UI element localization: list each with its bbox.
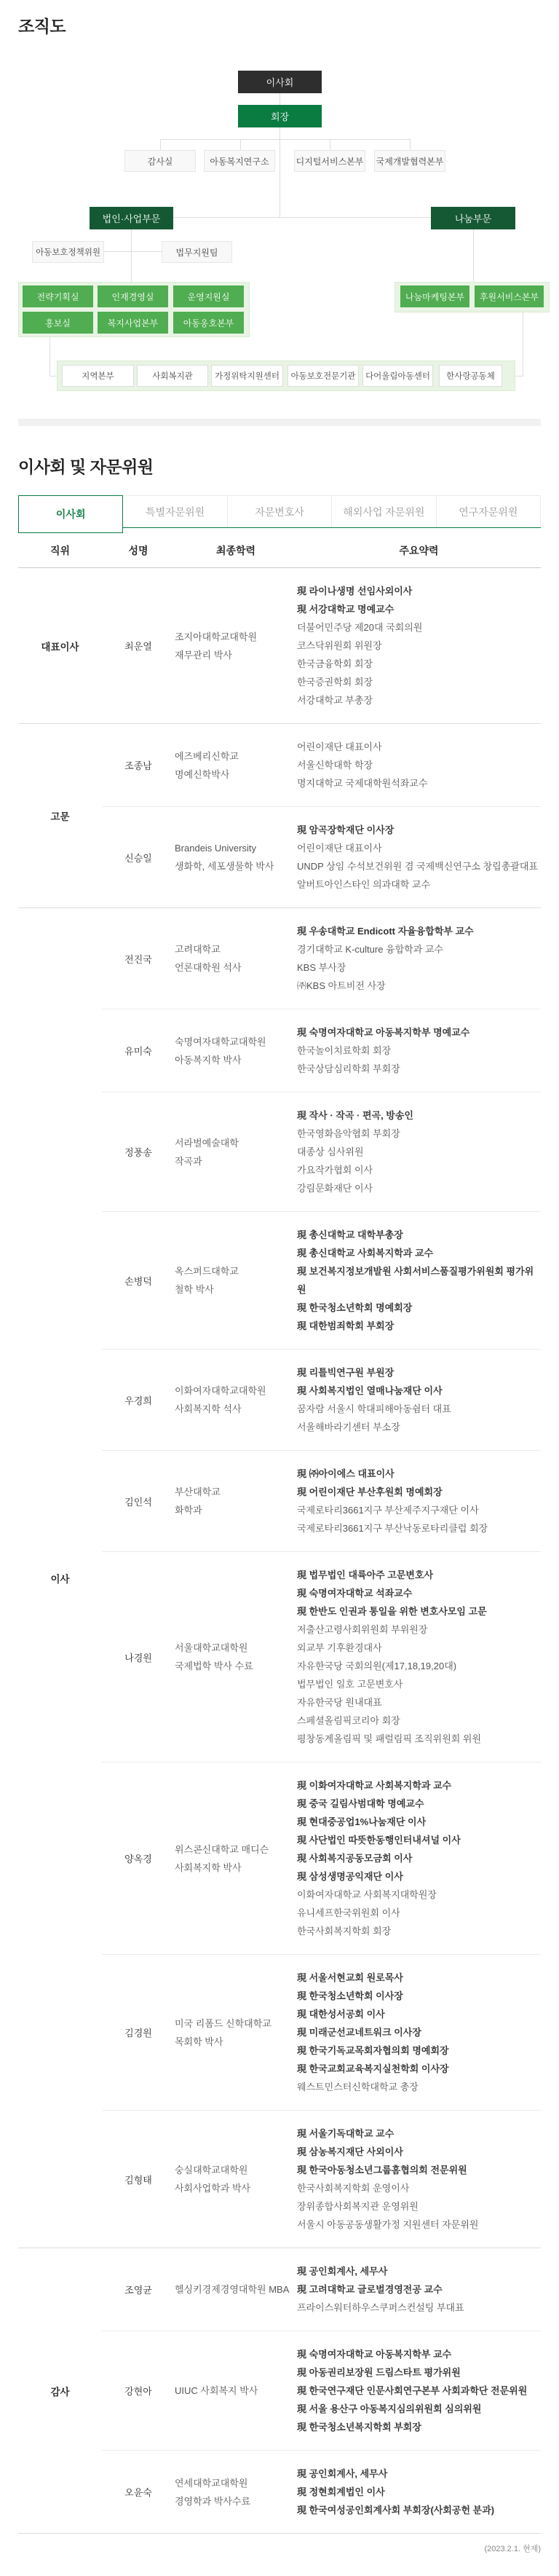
- member-row: 우경희이화여자대학교대학원사회복지학 석사現 리틀빅연구원 부원장現 사회복지법…: [102, 1349, 541, 1450]
- org-node-board: 이사회: [238, 71, 322, 93]
- member-education: 미국 리폼드 신학대학교목회학 박사: [175, 2014, 297, 2051]
- member-education: 연세대학교대학원경영학과 박사수료: [175, 2474, 297, 2510]
- org-node-staff: 감사실: [124, 150, 196, 172]
- position-group: 이사전진국고려대학교언론대학원 석사現 우송대학교 Endicott 자율융합학…: [18, 907, 541, 2248]
- org-node-staff: 아동복지연구소: [204, 150, 275, 172]
- member-career: 現 공인회계사, 세무사現 고려대학교 글로벌경영전공 교수프라이스워터하우스쿠…: [297, 2262, 541, 2317]
- position-group: 고문조종남에즈베리신학교명예신학박사어린이재단 대표이사서울신학대학 학장명지대…: [18, 723, 541, 907]
- member-name: 조종남: [102, 758, 175, 772]
- member-name: 나경원: [102, 1650, 175, 1664]
- member-name: 오윤숙: [102, 2485, 175, 2499]
- org-node-unit: 인재경영실: [98, 285, 168, 307]
- tab-active[interactable]: 이사회: [18, 495, 123, 533]
- org-node-unit: 복지사업본부: [98, 312, 168, 334]
- member-education: 서울대학교대학원국제법학 박사 수료: [175, 1639, 297, 1675]
- as-of-date: (2023.2.1. 현재): [18, 2542, 541, 2554]
- member-row: 조영균헬싱키경제경영대학원 MBA現 공인회계사, 세무사現 고려대학교 글로벌…: [102, 2248, 541, 2331]
- member-education: 고려대학교언론대학원 석사: [175, 940, 297, 977]
- member-career: 어린이재단 대표이사서울신학대학 학장명지대학교 국제대학원석좌교수: [297, 738, 541, 792]
- member-name: 우경희: [102, 1393, 175, 1407]
- member-list: 전진국고려대학교언론대학원 석사現 우송대학교 Endicott 자율융합학부 …: [102, 908, 541, 2248]
- position-label: 고문: [18, 724, 102, 907]
- member-row: 전진국고려대학교언론대학원 석사現 우송대학교 Endicott 자율융합학부 …: [102, 908, 541, 1009]
- member-name: 손병덕: [102, 1274, 175, 1288]
- member-list: 조영균헬싱키경제경영대학원 MBA現 공인회계사, 세무사現 고려대학교 글로벌…: [102, 2248, 541, 2533]
- member-row: 신승일Brandeis University생화학, 세포생물학 박사現 암곡장…: [102, 806, 541, 907]
- member-career: 現 법무법인 대륙아주 고문변호사現 숙명여자대학교 석좌교수現 한반도 인권과…: [297, 1566, 541, 1748]
- org-node-division-left: 법인·사업부문: [90, 207, 173, 229]
- tab-item[interactable]: 해외사업 자문위원: [332, 495, 436, 528]
- member-row: 최운열조지아대학교대학원재무관리 박사現 라이나생명 선임사외이사現 서강대학교…: [102, 568, 541, 723]
- member-name: 전진국: [102, 952, 175, 966]
- org-node-unit: 후원서비스본부: [475, 285, 544, 307]
- org-node-unit: 아동옹호본부: [173, 312, 244, 334]
- board-tabs: 이사회특별자문위원자문변호사해외사업 자문위원연구자문위원: [18, 495, 541, 533]
- member-education: UIUC 사회복지 박사: [175, 2382, 297, 2400]
- member-name: 양옥경: [102, 1851, 175, 1865]
- member-row: 김인석부산대학교화학과現 ㈜아이에스 대표이사現 어린이재단 부산후원회 명예회…: [102, 1450, 541, 1551]
- connector-line: [473, 229, 474, 282]
- member-career: 現 숙명여자대학교 아동복지학부 명예교수한국놀이치료학회 회장한국상담심리학회…: [297, 1023, 541, 1078]
- member-education: 헬싱키경제경영대학원 MBA: [175, 2280, 297, 2299]
- member-career: 現 ㈜아이에스 대표이사現 어린이재단 부산후원회 명예회장국제로타리3661지…: [297, 1465, 541, 1537]
- member-name: 조영균: [102, 2282, 175, 2296]
- member-education: 서라벌예술대학작곡과: [175, 1134, 297, 1170]
- column-header: 주요약력: [297, 543, 541, 558]
- org-chart: 이사회 회장 법인·사업부문 나눔부문 아동보호정책위원 법무지원팀 감사실아동…: [0, 37, 559, 401]
- member-row: 김형태숭실대학교대학원사회사업학과 박사現 서울기독대학교 교수現 삼농복지재단…: [102, 2110, 541, 2248]
- member-career: 現 숙명여자대학교 아동복지학부 교수現 아동권리보장원 드림스타트 평가위원現…: [297, 2345, 541, 2436]
- board-section-title: 이사회 및 자문위원: [18, 454, 541, 478]
- member-education: Brandeis University생화학, 세포생물학 박사: [175, 839, 297, 875]
- member-career: 現 암곡장학재단 이사장어린이재단 대표이사UNDP 상임 수석보건위원 겸 국…: [297, 821, 541, 894]
- column-header: 최종학력: [175, 543, 297, 558]
- member-row: 나경원서울대학교대학원국제법학 박사 수료現 법무법인 대륙아주 고문변호사現 …: [102, 1551, 541, 1762]
- connector-line: [104, 251, 162, 252]
- member-career: 現 서울서현교회 원로목사現 한국청소년학회 이사장現 대한성서공회 이사現 미…: [297, 1969, 541, 2096]
- member-name: 최운열: [102, 639, 175, 653]
- member-row: 오윤숙연세대학교대학원경영학과 박사수료現 공인회계사, 세무사現 정현회계법인…: [102, 2450, 541, 2533]
- member-name: 김인석: [102, 1494, 175, 1508]
- member-name: 강현아: [102, 2384, 175, 2398]
- member-career: 現 우송대학교 Endicott 자율융합학부 교수경기대학교 K-cultur…: [297, 922, 541, 995]
- member-row: 조종남에즈베리신학교명예신학박사어린이재단 대표이사서울신학대학 학장명지대학교…: [102, 724, 541, 806]
- member-career: 現 서울기독대학교 교수現 삼농복지재단 사외이사現 한국아동청소년그룹홈협의회…: [297, 2124, 541, 2234]
- member-education: 조지아대학교대학원재무관리 박사: [175, 628, 297, 664]
- connector-line: [410, 139, 411, 150]
- org-node-unit: 전략기획실: [23, 285, 93, 307]
- page: 조직도 이사회 회장 법인·사업부문 나눔부문 아동보호정책위원 법무지원팀 감…: [0, 13, 559, 2554]
- member-row: 김경원미국 리폼드 신학대학교목회학 박사現 서울서현교회 원로목사現 한국청소…: [102, 1954, 541, 2110]
- position-group: 대표이사최운열조지아대학교대학원재무관리 박사現 라이나생명 선임사외이사現 서…: [18, 568, 541, 723]
- member-education: 부산대학교화학과: [175, 1483, 297, 1519]
- member-name: 정풍송: [102, 1145, 175, 1159]
- tab-item[interactable]: 특별자문위원: [123, 495, 227, 528]
- connector-line: [160, 139, 411, 140]
- connector-line: [279, 93, 280, 105]
- position-label: 대표이사: [18, 568, 102, 723]
- section-divider: [18, 419, 541, 426]
- position-label: 감사: [18, 2248, 102, 2533]
- table-bottom-border: [18, 2533, 541, 2534]
- connector-line: [330, 139, 330, 150]
- table-body: 대표이사최운열조지아대학교대학원재무관리 박사現 라이나생명 선임사외이사現 서…: [18, 568, 541, 2533]
- org-node-staff: 국제개발협력본부: [374, 150, 445, 172]
- org-node-field-unit: 가정위탁지원센터: [211, 365, 283, 387]
- member-row: 강현아UIUC 사회복지 박사現 숙명여자대학교 아동복지학부 교수現 아동권리…: [102, 2331, 541, 2450]
- member-education: 위스콘신대학교 매디슨사회복지학 박사: [175, 1840, 297, 1877]
- member-name: 유미숙: [102, 1044, 175, 1057]
- org-node-child-protection-committee: 아동보호정책위원: [32, 241, 104, 263]
- member-career: 現 총신대학교 대학부총장現 총신대학교 사회복지학과 교수現 보건복지정보개발…: [297, 1226, 541, 1335]
- position-label: 이사: [18, 908, 102, 2248]
- org-node-field-unit: 한사랑공동체: [439, 365, 502, 387]
- board-table: 직위성명최종학력주요약력 대표이사최운열조지아대학교대학원재무관리 박사現 라이…: [18, 533, 541, 2534]
- connector-line: [240, 139, 241, 150]
- org-node-unit: 운영지원실: [173, 285, 244, 307]
- member-name: 김형태: [102, 2173, 175, 2186]
- member-education: 숙명여자대학교대학원아동복지학 박사: [175, 1033, 297, 1069]
- org-node-unit: 나눔마케팅본부: [400, 285, 469, 307]
- member-list: 조종남에즈베리신학교명예신학박사어린이재단 대표이사서울신학대학 학장명지대학교…: [102, 724, 541, 907]
- member-education: 이화여자대학교대학원사회복지학 석사: [175, 1382, 297, 1418]
- tab-item[interactable]: 자문변호사: [228, 495, 332, 528]
- member-education: 에즈베리신학교명예신학박사: [175, 747, 297, 784]
- connector-line: [523, 312, 523, 377]
- member-career: 現 이화여자대학교 사회복지학과 교수現 중국 길림사범대학 명예교수現 현대중…: [297, 1776, 541, 1940]
- member-name: 김경원: [102, 2025, 175, 2039]
- org-node-field-unit: 사회복지관: [137, 365, 208, 387]
- org-chart-title: 조직도: [18, 13, 541, 37]
- connector-line: [160, 139, 161, 150]
- member-career: 現 작사 · 작곡 · 편곡, 방송인한국영화음악협회 부회장대종상 심사위원가…: [297, 1106, 541, 1197]
- column-header: 직위: [18, 543, 102, 558]
- position-group: 감사조영균헬싱키경제경영대학원 MBA現 공인회계사, 세무사現 고려대학교 글…: [18, 2248, 541, 2533]
- org-node-field-unit: 다어울림아동센터: [362, 365, 433, 387]
- org-node-field-unit: 지역본부: [62, 365, 134, 387]
- connector-line: [49, 337, 50, 377]
- member-row: 유미숙숙명여자대학교대학원아동복지학 박사現 숙명여자대학교 아동복지학부 명예…: [102, 1009, 541, 1092]
- org-node-division-right: 나눔부문: [431, 207, 515, 229]
- member-name: 신승일: [102, 851, 175, 864]
- connector-line: [131, 217, 473, 218]
- org-node-chairman: 회장: [238, 105, 322, 127]
- org-node-unit: 홍보실: [23, 312, 93, 334]
- org-node-staff: 디지털서비스본부: [294, 150, 365, 172]
- member-list: 최운열조지아대학교대학원재무관리 박사現 라이나생명 선임사외이사現 서강대학교…: [102, 568, 541, 723]
- connector-line: [131, 229, 132, 282]
- member-row: 양옥경위스콘신대학교 매디슨사회복지학 박사現 이화여자대학교 사회복지학과 교…: [102, 1762, 541, 1954]
- member-career: 現 리틀빅연구원 부원장現 사회복지법인 열매나눔재단 이사꿈자람 서울시 학대…: [297, 1363, 541, 1436]
- connector-line: [279, 127, 280, 217]
- member-career: 現 공인회계사, 세무사現 정현회계법인 이사現 한국여성공인회계사회 부회장(…: [297, 2465, 541, 2519]
- tab-item[interactable]: 연구자문위원: [437, 495, 541, 528]
- member-career: 現 라이나생명 선임사외이사現 서강대학교 명예교수더불어민주당 제20대 국회…: [297, 582, 541, 709]
- member-education: 숭실대학교대학원사회사업학과 박사: [175, 2161, 297, 2197]
- member-row: 정풍송서라벌예술대학작곡과現 작사 · 작곡 · 편곡, 방송인한국영화음악협회…: [102, 1092, 541, 1211]
- column-header: 성명: [102, 543, 175, 558]
- org-node-field-unit: 아동보호전문기관: [288, 365, 359, 387]
- member-row: 손병덕옥스퍼드대학교철학 박사現 총신대학교 대학부총장現 총신대학교 사회복지…: [102, 1211, 541, 1349]
- member-education: 옥스퍼드대학교철학 박사: [175, 1262, 297, 1299]
- org-node-legal-support-team: 법무지원팀: [162, 241, 232, 263]
- table-header-row: 직위성명최종학력주요약력: [18, 533, 541, 568]
